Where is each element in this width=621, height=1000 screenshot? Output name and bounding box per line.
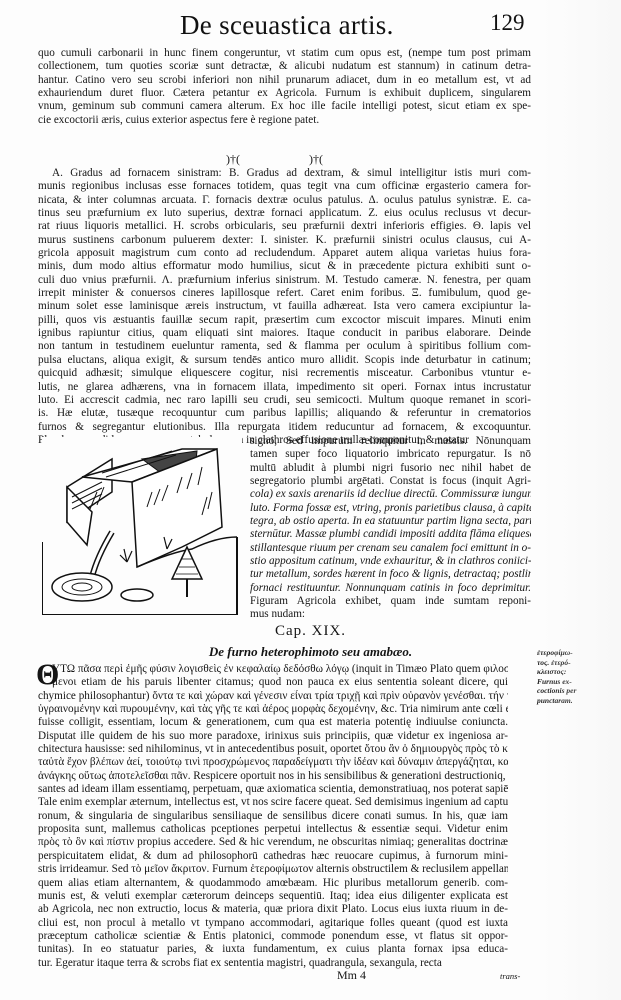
text-line: minis, dum modo altius efformatur modo h…: [38, 260, 531, 273]
text-line: signo, Sed impurum relinquitur in massis…: [250, 435, 531, 448]
text-line: fuisse colligit, essentiam, locum & gene…: [38, 716, 508, 729]
text-line: sternūtur. Massæ plumbi candidi impositi…: [250, 528, 531, 541]
text-line: exhauriendum duret fluor. Cætera petantu…: [38, 87, 531, 100]
running-title: De sceuastica artis.: [180, 10, 394, 41]
text-line: luto. Forma fossæ est, vtring, pronis pa…: [250, 502, 531, 515]
text-line: Figuram Agricola exhibet, quam inde sumt…: [250, 595, 531, 608]
figure-side-text: signo, Sed impurum relinquitur in massis…: [250, 435, 531, 622]
text-line: ignibus rapiuntur citius, quam eliquati …: [38, 327, 531, 340]
text-line: non tantum in testudinem eueluntur ramen…: [38, 340, 531, 353]
dagger-ornament-right: )†(: [309, 152, 323, 167]
text-line: tunitas). In eo statuatur paries, & iuxt…: [38, 943, 508, 956]
text-line: πρὸς τὸ ὂν καὶ πίστιν propius accedere. …: [38, 836, 508, 849]
text-line: santes ad ideam illam essentiamq, perpet…: [38, 783, 508, 796]
text-line: ὑγραινομένην καὶ πυρουμένην, καὶ τὰς γῆς…: [38, 703, 508, 716]
text-line: gricola apposuit magistrum cum conto ad …: [38, 247, 531, 260]
text-line: stio appositum catinum, vnde exhauritur,…: [250, 555, 531, 568]
chapter-title: De furno heterophimoto seu amabæo.: [0, 644, 621, 660]
text-line: stris irrideamur. Sed τὸ μεῖον ἄκριτον. …: [38, 863, 508, 876]
text-line: stillantesque riuum per crenam seu canal…: [250, 542, 531, 555]
text-line: collectionem, tum quoties scoriæ sunt de…: [38, 60, 531, 73]
chapter-number: Cap. XIX.: [0, 623, 621, 640]
signature-mark: Mm 4: [337, 968, 366, 983]
text-line: pilli, quos vis æstuantis fauillæ secum …: [38, 314, 531, 327]
page-edge-shading: [541, 0, 621, 1000]
text-line: Tale enim exemplar æternum, intellectus …: [38, 796, 508, 809]
paragraph-3: ΥΤΩ πᾶσα περὶ ἐμῆς φύσιν λογισθεὶς ἐν κε…: [38, 663, 508, 970]
text-line: minum solet esse laminisque æreis instru…: [38, 300, 531, 313]
text-line: proposita sunt, mallemus catholicas pcep…: [38, 823, 508, 836]
book-page: De sceuastica artis. 129 quo cumuli carb…: [0, 0, 621, 1000]
text-line: chymice philosophantur) ὄντα τε καὶ χώρα…: [38, 690, 508, 703]
text-line: cie excoctorii æris, cuius exterior aspe…: [38, 114, 531, 127]
text-line: munis regionibus inclusas esse fornaces …: [38, 180, 531, 193]
text-line: tur. Egeratur itaque terra & scrobs fiat…: [38, 957, 508, 970]
text-line: tur metallum, sordes hærent in foco & li…: [250, 568, 531, 581]
text-line: fornaci restituuntur. Nonnunquam catinis…: [250, 582, 531, 595]
text-line: tamen super foco liquatorio imbricato re…: [250, 448, 531, 461]
text-line: quo cumuli carbonarii in hunc finem cong…: [38, 47, 531, 60]
text-line: perspicuitatem elidat, & dum ad philosop…: [38, 850, 508, 863]
text-line: quem alias etiam alternantem, & quodammo…: [38, 877, 508, 890]
text-line: irrepit minister & conuersos cineres lap…: [38, 287, 531, 300]
dagger-ornament-left: )†(: [226, 152, 240, 167]
text-line: lutis, ne glarea adhærens, vna in fornac…: [38, 381, 531, 394]
text-line: Disputat ille quidem de his suo more par…: [38, 730, 508, 743]
text-line: tinus seu præfurnium ex luto superius, d…: [38, 207, 531, 220]
text-line: cola) ex saxis arenariis id decliue dire…: [250, 488, 531, 501]
text-line: furnos & segregantur elutionibus. Illa r…: [38, 421, 531, 434]
text-line: hantur. Catino vero seu scrobi inferiori…: [38, 74, 531, 87]
text-line: culi duo vnius præfurnii. Λ. præfurnium …: [38, 274, 531, 287]
text-line: cliui est, non procul à metallo vt tympa…: [38, 917, 508, 930]
paragraph-1: quo cumuli carbonarii in hunc finem cong…: [38, 47, 531, 127]
text-line: præceptum catholicæ scientiæ & Entis pla…: [38, 930, 508, 943]
text-line: multū abludit à plumbi nigri fusorio nec…: [250, 462, 531, 475]
text-line: ἀνάγκης οὕτως ἀποτελεῖσθαι πᾶν. Respicer…: [38, 770, 508, 783]
text-line: is. Hæ elutæ, tusæque recoquuntur cum pa…: [38, 407, 531, 420]
paragraph-2-figure-legend: A. Gradus ad fornacem sinistram: B. Grad…: [38, 167, 531, 447]
text-line: ronum, & singularia de singularibus sens…: [38, 810, 508, 823]
text-line: ΥΤΩ πᾶσα περὶ ἐμῆς φύσιν λογισθεὶς ἐν κε…: [38, 663, 508, 676]
text-line: ταὐτὰ ἔχον βλέπων ἀεί, τοιούτῳ τινὶ προσ…: [38, 756, 508, 769]
text-line: rat riuus liquoris metallici. H. scrobs …: [38, 220, 531, 233]
page-number: 129: [490, 10, 525, 36]
text-line: quicquid adhæsit; simulque eliquescere c…: [38, 367, 531, 380]
text-line: ab Agricola, nec non extructio, locus & …: [38, 903, 508, 916]
text-line: segregatorio plumbi argētati. Constat is…: [250, 475, 531, 488]
text-line: murus sustinens carbonum puluerem dexter…: [38, 234, 531, 247]
text-line: tegra, ab ostio aperta. In ea statuuntur…: [250, 515, 531, 528]
text-line: mus nudam:: [250, 608, 531, 621]
text-line: munis est, & veluti exemplar cæterorum d…: [38, 890, 508, 903]
text-line: nicata, & inter columnas arcuata. Γ. for…: [38, 194, 531, 207]
text-line: μενοι etiam de his paruis libenter citam…: [38, 676, 508, 689]
catchword: trans-: [500, 971, 520, 981]
text-line: luto. Ei accrescit cadmia, nec raro lapi…: [38, 394, 531, 407]
text-line: chitectura hausisse: sed nihilominus, vt…: [38, 743, 508, 756]
woodcut-illustration: [42, 437, 242, 615]
text-line: pulsa eluctans, aliqua exigit, & sursum …: [38, 354, 531, 367]
text-line: A. Gradus ad fornacem sinistram: B. Grad…: [38, 167, 531, 180]
text-line: vnum, geminum sub communi camera alterum…: [38, 100, 531, 113]
